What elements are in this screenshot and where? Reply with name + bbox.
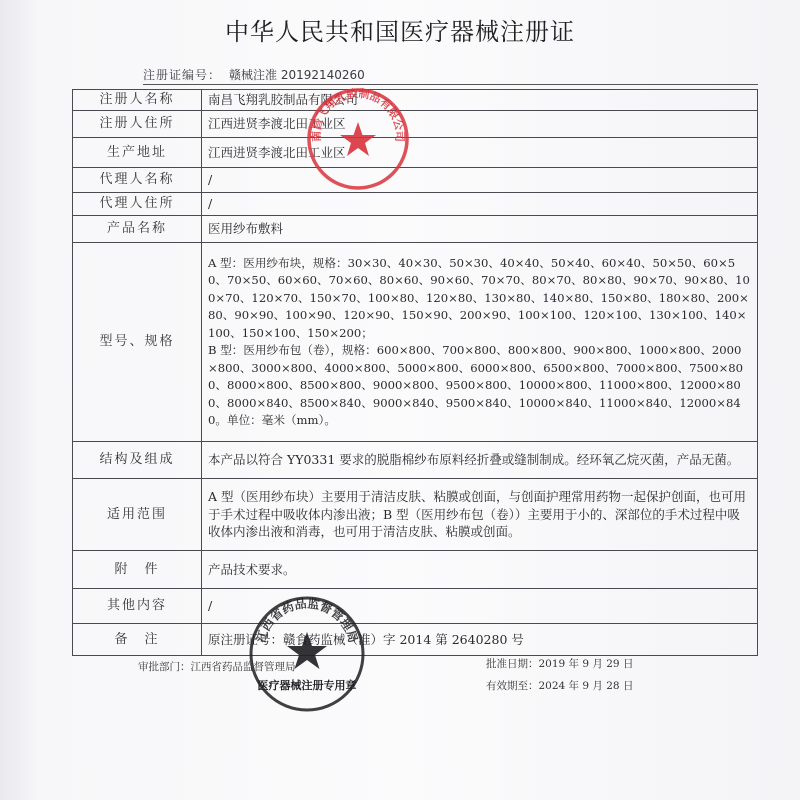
registration-number-value: 赣械注准 20192140260 — [229, 68, 365, 82]
registration-number-label: 注册证编号： — [143, 68, 221, 82]
row-label: 生产地址 — [73, 138, 202, 168]
approval-date-value: 2019 年 9 月 29 日 — [539, 658, 634, 670]
certificate-table: 注册人名称 南昌飞翔乳胶制品有限公司 注册人住所 江西进贤李渡北田工业区 生产地… — [72, 89, 758, 656]
table-row-agent-name: 代理人名称 / — [73, 168, 758, 193]
table-row-scope: 适用范围 A 型（医用纱布块）主要用于清洁皮肤、粘膜或创面，与创面护理常用药物一… — [73, 479, 758, 551]
row-label: 备 注 — [73, 624, 202, 656]
row-value: 江西进贤李渡北田工业区 — [202, 138, 758, 168]
table-row-registrant-address: 注册人住所 江西进贤李渡北田工业区 — [73, 111, 758, 138]
valid-until-label: 有效期至： — [486, 680, 539, 692]
valid-until: 有效期至：2024 年 9 月 28 日 — [486, 678, 633, 693]
certificate-page: 中华人民共和国医疗器械注册证 注册证编号：赣械注准 20192140260 注册… — [0, 0, 800, 800]
header-rule — [143, 84, 758, 85]
row-label: 产品名称 — [73, 216, 202, 243]
row-label: 注册人名称 — [73, 90, 202, 111]
row-value: A 型：医用纱布块，规格：30×30、40×30、50×30、40×40、50×… — [202, 243, 758, 442]
table-row-remarks: 备 注 原注册证号：赣食药监械（准）字 2014 第 2640280 号 — [73, 624, 758, 656]
authority-seal-subtext: 医疗器械注册专用章 — [258, 678, 357, 692]
table-row-registrant-name: 注册人名称 南昌飞翔乳胶制品有限公司 — [73, 90, 758, 111]
valid-until-value: 2024 年 9 月 28 日 — [539, 680, 634, 692]
table-row-agent-address: 代理人住所 / — [73, 193, 758, 216]
row-label: 附 件 — [73, 551, 202, 589]
approval-department-value: 江西省药品监督管理局 — [191, 661, 296, 673]
row-value: 江西进贤李渡北田工业区 — [202, 111, 758, 138]
row-value: / — [202, 168, 758, 193]
table-row-model-spec: 型号、规格 A 型：医用纱布块，规格：30×30、40×30、50×30、40×… — [73, 243, 758, 442]
row-label: 其他内容 — [73, 589, 202, 624]
row-value: 产品技术要求。 — [202, 551, 758, 589]
approval-date: 批准日期：2019 年 9 月 29 日 — [486, 656, 633, 671]
spec-type-a: A 型：医用纱布块，规格：30×30、40×30、50×30、40×40、50×… — [208, 255, 751, 343]
row-value: / — [202, 589, 758, 624]
spec-type-b: B 型：医用纱布包（卷），规格：600×800、700×800、800×800、… — [208, 342, 751, 430]
row-value: A 型（医用纱布块）主要用于清洁皮肤、粘膜或创面，与创面护理常用药物一起保护创面… — [202, 479, 758, 551]
approval-department: 审批部门：江西省药品监督管理局 — [138, 659, 296, 674]
row-label: 代理人名称 — [73, 168, 202, 193]
approval-date-label: 批准日期： — [486, 658, 539, 670]
table-row-other: 其他内容 / — [73, 589, 758, 624]
document-title: 中华人民共和国医疗器械注册证 — [0, 12, 800, 47]
table-row-structure: 结构及组成 本产品以符合 YY0331 要求的脱脂棉纱布原料经折叠或缝制制成。经… — [73, 442, 758, 479]
row-value: 原注册证号：赣食药监械（准）字 2014 第 2640280 号 — [202, 624, 758, 656]
row-label: 适用范围 — [73, 479, 202, 551]
row-value: / — [202, 193, 758, 216]
registration-number: 注册证编号：赣械注准 20192140260 — [143, 66, 365, 83]
table-row-product-name: 产品名称 医用纱布敷料 — [73, 216, 758, 243]
row-value: 南昌飞翔乳胶制品有限公司 — [202, 90, 758, 111]
row-value: 医用纱布敷料 — [202, 216, 758, 243]
row-label: 注册人住所 — [73, 111, 202, 138]
row-value: 本产品以符合 YY0331 要求的脱脂棉纱布原料经折叠或缝制制成。经环氧乙烷灭菌… — [202, 442, 758, 479]
row-label: 结构及组成 — [73, 442, 202, 479]
row-label: 型号、规格 — [73, 243, 202, 442]
table-row-production-address: 生产地址 江西进贤李渡北田工业区 — [73, 138, 758, 168]
table-row-attachments: 附 件 产品技术要求。 — [73, 551, 758, 589]
approval-department-label: 审批部门： — [138, 661, 191, 673]
row-label: 代理人住所 — [73, 193, 202, 216]
